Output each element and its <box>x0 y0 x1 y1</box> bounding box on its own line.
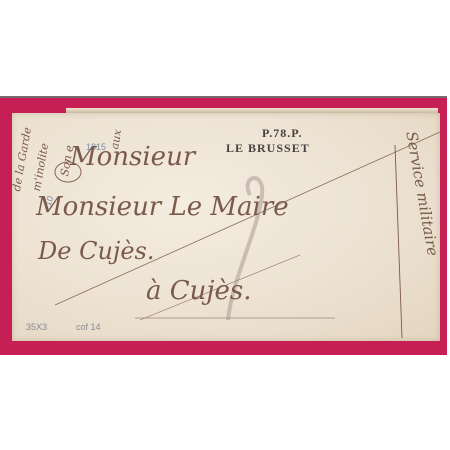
pencil-bottom-left-note: 35X3 <box>26 322 47 332</box>
pencil-bottom-mid-note: cof 14 <box>76 322 101 332</box>
address-line-2: Monsieur Le Maire <box>36 192 289 222</box>
postmark-line-1: P.78.P. <box>262 126 302 141</box>
address-line-3: De Cujès. <box>38 237 154 265</box>
address-line-1: Monsieur <box>70 142 195 172</box>
address-line-4: à Cujès. <box>146 276 251 306</box>
postmark-line-2: LE BRUSSET <box>226 141 310 156</box>
